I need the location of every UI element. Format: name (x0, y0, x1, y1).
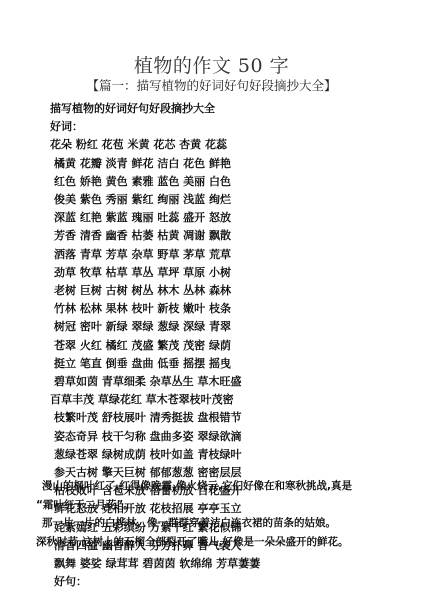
section-heading: 描写植物的好词好句好段摘抄大全 (50, 100, 412, 118)
word-line: 洒落 青草 芳草 杂草 野草 茅草 荒草 (52, 246, 412, 264)
word-line: 劲草 牧草 枯草 草丛 草坪 草原 小树 (52, 264, 412, 282)
document-page: 植物的作文 50 字 【篇一：描写植物的好词好句好段摘抄大全】 描写植物的好词好… (0, 0, 423, 600)
word-line: 挺立 笔直 倒垂 盘曲 低垂 摇摆 摇曳 (52, 355, 412, 373)
word-line: 飘舞 婆娑 绿茸茸 碧茵茵 软绵绵 芳草萋萋 (52, 555, 412, 573)
sentence-section: 漫山的枫叶红了,红得像晚霞,像火烧云,它们好像在和寒秋挑战,真是 “霜叶红于二月… (36, 477, 416, 551)
word-line: 苍翠 火红 橘红 茂盛 繁茂 茂密 绿荫 (52, 337, 412, 355)
word-line: 深蓝 红艳 紫蓝 瑰丽 吐蕊 盛开 怒放 (52, 209, 412, 227)
word-line: 花朵 粉红 花苞 米黄 花芯 杏黄 花蕊 (50, 136, 412, 154)
page-title: 植物的作文 50 字 (0, 51, 423, 78)
page-subtitle: 【篇一：描写植物的好词好句好段摘抄大全】 (0, 76, 423, 94)
word-line: 俊美 紫色 秀丽 紫红 绚丽 浅蓝 绚烂 (52, 191, 412, 209)
word-line: 枝繁叶茂 舒枝展叶 清秀挺拔 盘根错节 (52, 409, 412, 427)
word-line: 葱绿苍翠 绿树成荫 枝叶如盖 青枝绿叶 (52, 446, 412, 464)
sentence-line: 漫山的枫叶红了,红得像晚霞,像火烧云,它们好像在和寒秋挑战,真是 (36, 477, 416, 496)
word-line: 芳香 清香 幽香 枯萎 枯黄 凋谢 飘散 (52, 227, 412, 245)
good-words-label: 好词： (50, 118, 412, 136)
sentence-line: 那一片一片的白桦林，像一群群穿着洁白连衣裙的苗条的姑娘。 (36, 514, 416, 533)
word-line: 碧草如茵 青草细柔 杂草丛生 草木旺盛 (52, 373, 412, 391)
word-line: 橘黄 花瓣 淡青 鲜花 洁白 花色 鲜艳 (52, 155, 412, 173)
word-line: 竹林 松林 果林 枝叶 新枝 嫩叶 枝条 (52, 300, 412, 318)
sentence-line: “霜叶红于二月花”。 (36, 496, 416, 515)
word-line: 姿态奇异 枝干匀称 盘曲多姿 翠绿欲滴 (52, 428, 412, 446)
word-line: 老树 巨树 古树 树丛 林木 丛林 森林 (52, 282, 412, 300)
word-line: 红色 娇艳 黄色 素雅 蓝色 美丽 白色 (52, 173, 412, 191)
word-line: 树冠 密叶 新绿 翠绿 葱绿 深绿 青翠 (52, 318, 412, 336)
word-line: 百草丰茂 草绿花红 草木苍翠枝叶茂密 (50, 391, 412, 409)
good-sentences-label: 好句： (52, 573, 412, 591)
sentence-line: 深秋时节,这树上的石榴全部裂开了嘴儿,好像是一朵朵盛开的鲜花。 (36, 533, 416, 552)
